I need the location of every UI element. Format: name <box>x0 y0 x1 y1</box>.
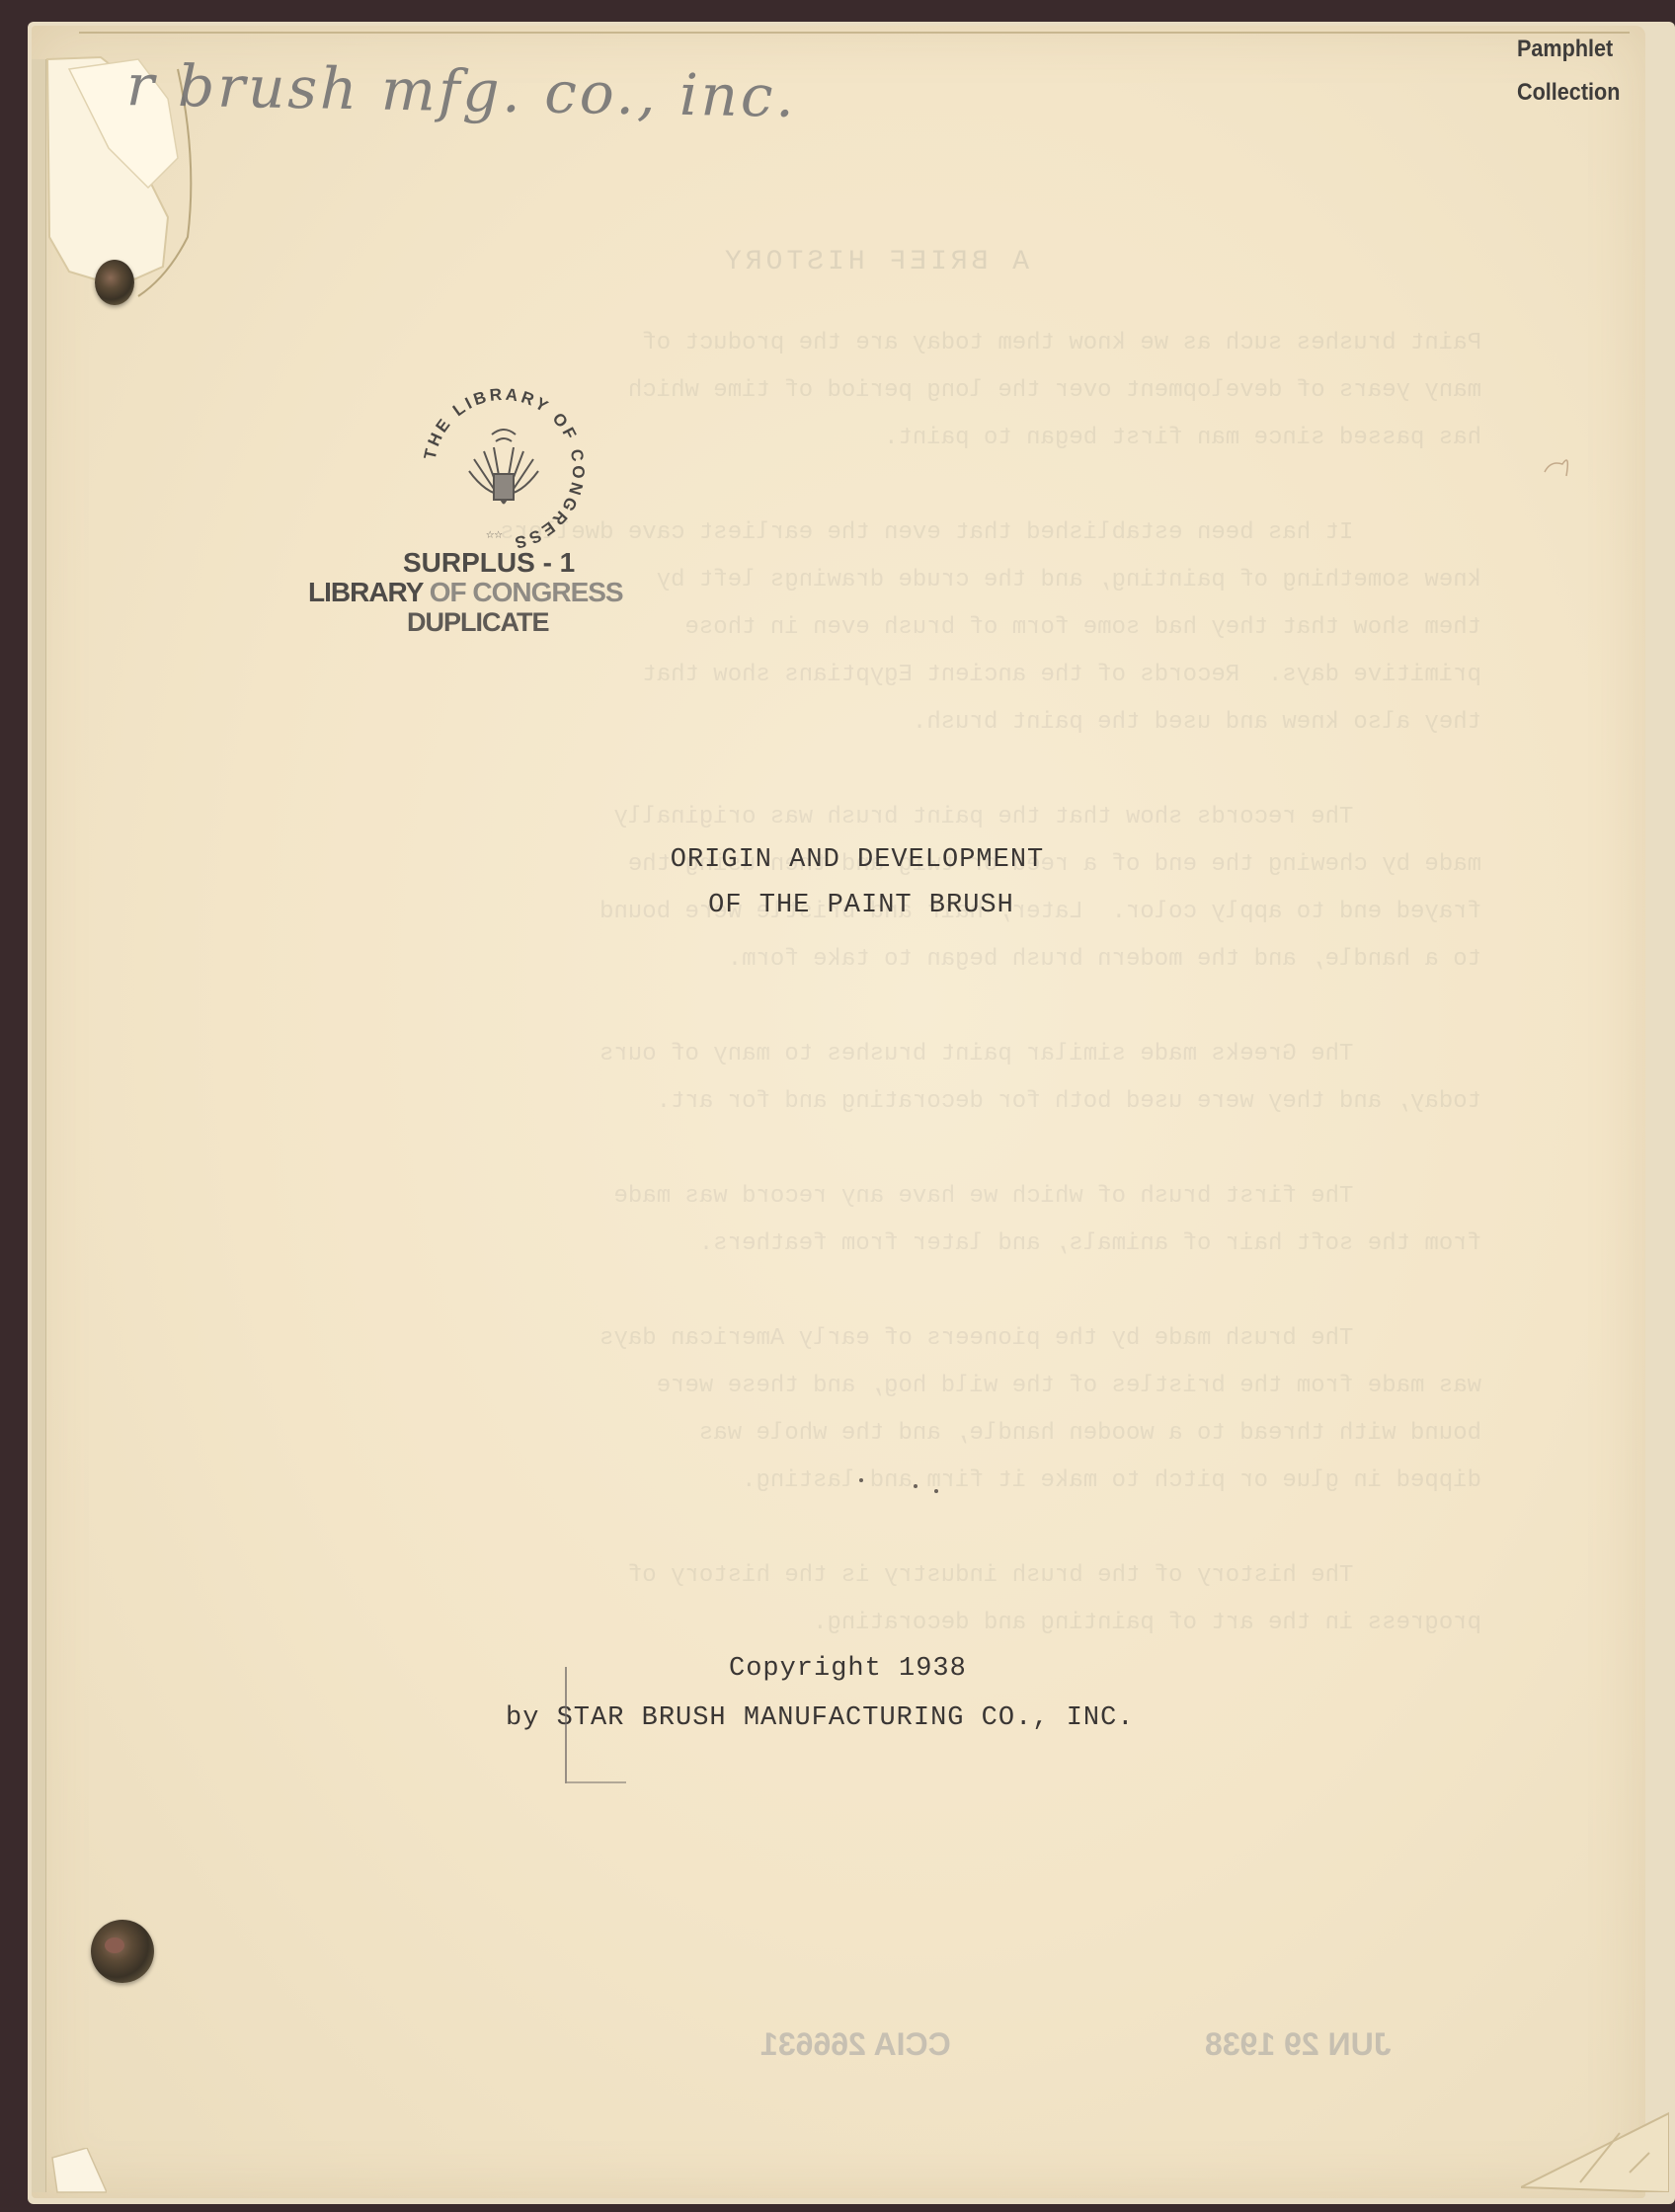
publisher-prefix: by <box>506 1703 539 1733</box>
ink-speck <box>934 1489 938 1493</box>
svg-text:☆☆: ☆☆ <box>486 527 503 543</box>
ink-speck <box>859 1478 863 1482</box>
document-title: ORIGIN AND DEVELOPMENT OF THE PAINT BRUS… <box>0 837 1675 928</box>
bottom-left-folded-corner-icon <box>47 2148 107 2197</box>
binding-rivet-top-icon <box>95 260 134 305</box>
title-line-1: ORIGIN AND DEVELOPMENT <box>0 837 1675 883</box>
library-line-faded: OF CONGRESS <box>430 577 623 607</box>
stamp-line-1: Pamphlet <box>1517 28 1620 71</box>
stamp-line-2: Collection <box>1517 71 1620 115</box>
title-line-2: OF THE PAINT BRUSH <box>0 883 1675 928</box>
surplus-line: SURPLUS - 1 <box>403 548 575 578</box>
duplicate-line: DUPLICATE <box>407 607 549 637</box>
pencil-squiggle-icon <box>1541 442 1580 482</box>
ink-speck <box>914 1484 917 1488</box>
document-page <box>32 26 1645 2198</box>
svg-text:THE LIBRARY OF CONGRESS: THE LIBRARY OF CONGRESS <box>421 385 589 553</box>
registration-number-stamp: CCIA 266631 <box>760 2026 951 2063</box>
seal-text: THE LIBRARY OF CONGRESS <box>421 385 589 553</box>
copyright-line: Copyright 1938 <box>729 1654 967 1684</box>
library-line-strong: LIBRARY <box>308 577 430 607</box>
pencil-margin-mark-horizontal <box>567 1781 626 1783</box>
handwritten-note: r brush mfg. co., inc. <box>125 51 797 130</box>
pencil-margin-mark <box>565 1667 567 1783</box>
publisher-name: STAR BRUSH MANUFACTURING CO., INC. <box>557 1703 1135 1733</box>
library-line: LIBRARY OF CONGRESS <box>308 578 623 607</box>
pamphlet-collection-stamp: Pamphlet Collection <box>1517 28 1620 115</box>
bleed-through-heading: A BRIEF HISTORY <box>721 247 1029 277</box>
binding-strip <box>32 59 46 2192</box>
registration-date-stamp: JUN 29 1938 <box>1205 2026 1392 2063</box>
binding-rivet-bottom-icon <box>91 1920 154 1983</box>
bottom-right-folded-corner-icon <box>1521 2103 1669 2192</box>
publisher-line: by STAR BRUSH MANUFACTURING CO., INC. <box>506 1703 1135 1733</box>
top-fold-line <box>79 26 1630 34</box>
library-of-congress-seal-icon: THE LIBRARY OF CONGRESS ☆☆ <box>415 380 593 558</box>
